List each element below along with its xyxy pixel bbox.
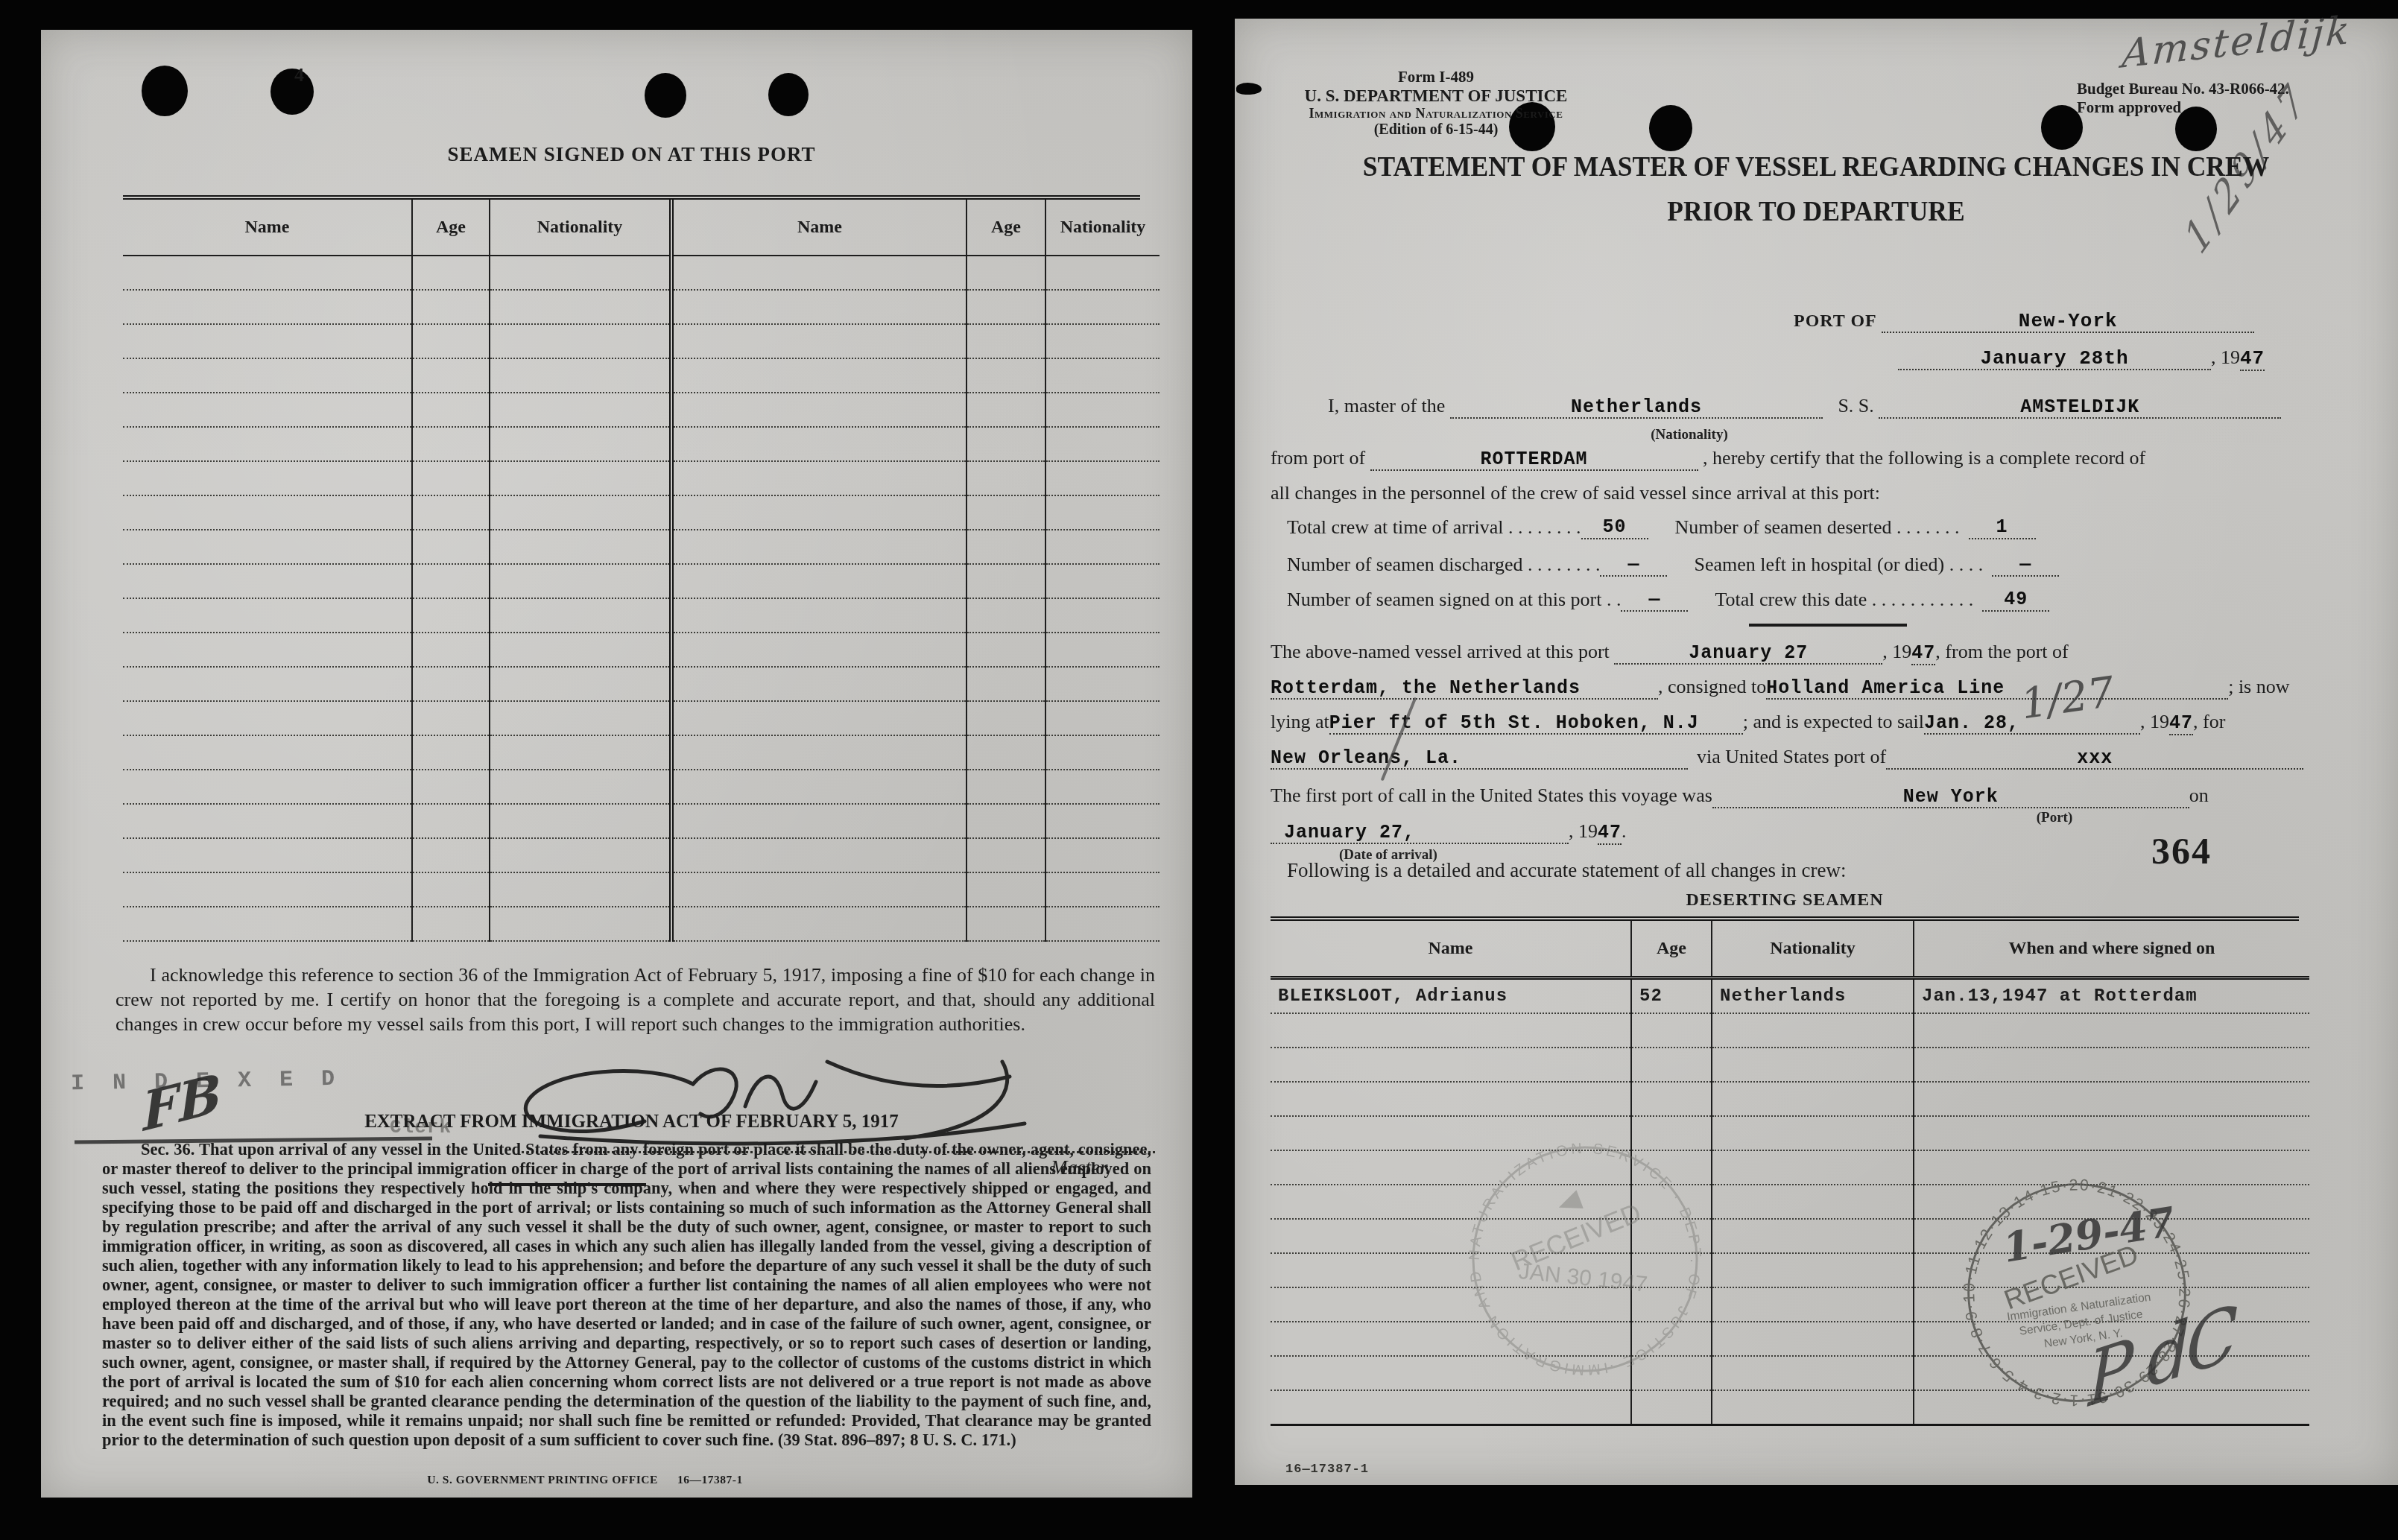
punch-hole xyxy=(1649,105,1692,151)
table-cell xyxy=(967,701,1045,735)
counts-row-1: Total crew at time of arrival . . . . . … xyxy=(1287,516,2338,539)
table-cell xyxy=(1045,564,1160,598)
first-port-field: New York xyxy=(1712,785,2189,808)
table-cell xyxy=(967,804,1045,838)
ship-name-value: AMSTELDIJK xyxy=(2020,396,2139,418)
form-footer-number: 16—17387-1 xyxy=(1285,1463,1369,1477)
count-value: 50 xyxy=(1581,516,1648,539)
table-cell xyxy=(1712,1082,1914,1116)
table-cell xyxy=(123,907,412,941)
table-row xyxy=(1271,1048,2309,1082)
table-cell xyxy=(1045,735,1160,770)
table-cell xyxy=(1045,598,1160,633)
table-cell xyxy=(1914,1013,2309,1048)
extract-body: Sec. 36. That upon arrival of any vessel… xyxy=(102,1140,1151,1450)
arrival-line-2: Rotterdam, the Netherlands, consigned to… xyxy=(1271,676,2290,700)
column-header: Nationality xyxy=(490,200,671,256)
table-row xyxy=(123,393,1160,427)
from-port-line: from port of ROTTERDAM , hereby certify … xyxy=(1271,447,2145,471)
table-cell xyxy=(412,701,490,735)
table-cell xyxy=(412,530,490,564)
table-row xyxy=(123,770,1160,804)
table-cell xyxy=(123,838,412,872)
table-cell xyxy=(412,770,490,804)
table-cell xyxy=(1045,770,1160,804)
consigned-value: Holland America Line xyxy=(1766,677,2005,699)
table-cell xyxy=(123,735,412,770)
table-cell xyxy=(412,838,490,872)
from-port-value2: Rotterdam, the Netherlands xyxy=(1271,677,1581,699)
printed-text: ; and is expected to sail xyxy=(1743,711,1924,732)
table-cell xyxy=(490,598,671,633)
table-cell xyxy=(967,358,1045,393)
table-cell xyxy=(412,461,490,495)
year-typed: 47 xyxy=(2169,712,2193,735)
table-cell xyxy=(412,324,490,358)
count-label: Number of seamen discharged . . . . . . … xyxy=(1287,554,1600,577)
table-cell xyxy=(412,804,490,838)
table-cell xyxy=(490,427,671,461)
table-cell xyxy=(490,735,671,770)
count-value: — xyxy=(1621,589,1688,612)
table-cell xyxy=(123,324,412,358)
master-intro: I, master of the xyxy=(1328,395,1445,416)
sheet-number: 364 xyxy=(2151,829,2212,872)
table-row xyxy=(1271,1082,2309,1116)
printed-text: , for xyxy=(2193,711,2225,732)
count-value: 49 xyxy=(1982,589,2049,612)
table-cell xyxy=(671,667,967,701)
consigned-field: Holland America Line xyxy=(1766,676,2228,700)
from-port-label: from port of xyxy=(1271,447,1365,469)
nationality-value: Netherlands xyxy=(1571,396,1702,418)
table-cell xyxy=(123,633,412,667)
printed-text: The first port of call in the United Sta… xyxy=(1271,785,1712,806)
table-cell xyxy=(671,701,967,735)
table-row xyxy=(123,256,1160,290)
table-cell xyxy=(671,393,967,427)
printed-19: , 19 xyxy=(2140,711,2169,732)
table-cell xyxy=(1712,1116,1914,1150)
punch-hole xyxy=(768,73,809,116)
table-cell xyxy=(123,872,412,907)
punch-hole xyxy=(142,66,188,116)
table-cell xyxy=(671,804,967,838)
port-of-field: New-York xyxy=(1882,310,2254,333)
arrival-line-5: The first port of call in the United Sta… xyxy=(1271,785,2209,808)
table-cell xyxy=(490,530,671,564)
table-cell xyxy=(412,290,490,324)
table-row xyxy=(123,324,1160,358)
column-header: Name xyxy=(671,200,967,256)
table-cell xyxy=(123,495,412,530)
table-cell xyxy=(1271,1013,1631,1048)
table-cell xyxy=(412,735,490,770)
printed-text: , consigned to xyxy=(1658,676,1766,697)
table-cell xyxy=(1712,1219,1914,1253)
table-cell xyxy=(671,770,967,804)
table-cell xyxy=(1271,1390,1631,1425)
gpo-number: 16—17387-1 xyxy=(677,1474,743,1486)
table-cell xyxy=(1271,1082,1631,1116)
count-label: Total crew this date . . . . . . . . . .… xyxy=(1715,589,1973,612)
via-port-value: xxx xyxy=(2077,747,2113,769)
master-line: I, master of the Netherlands S. S. AMSTE… xyxy=(1328,395,2281,419)
table-row xyxy=(123,804,1160,838)
date-field: January 28th xyxy=(1898,347,2211,370)
table-cell xyxy=(1045,290,1160,324)
column-header: Age xyxy=(412,200,490,256)
from-port-value: ROTTERDAM xyxy=(1481,449,1588,470)
sail-date-value: Jan. 28, xyxy=(1924,712,2019,734)
date-value: January 28th xyxy=(1980,347,2128,370)
table-cell xyxy=(123,564,412,598)
table-cell xyxy=(967,907,1045,941)
nationality-caption: (Nationality) xyxy=(1503,427,1876,443)
table-cell xyxy=(671,564,967,598)
column-header: Age xyxy=(1631,921,1712,978)
table-cell xyxy=(412,393,490,427)
table-row xyxy=(123,564,1160,598)
table-cell xyxy=(123,393,412,427)
budget-block: Budget Bureau No. 43-R066-42. Form appro… xyxy=(2077,80,2360,117)
punch-hole xyxy=(271,69,314,115)
table-cell xyxy=(490,564,671,598)
table-cell xyxy=(490,804,671,838)
table-cell xyxy=(967,427,1045,461)
table-cell xyxy=(1631,1390,1712,1425)
table-cell xyxy=(1045,530,1160,564)
table-row xyxy=(1271,1116,2309,1150)
table-cell xyxy=(490,633,671,667)
table-cell xyxy=(1045,495,1160,530)
table-row xyxy=(123,598,1160,633)
stamp-ring-text: IMMIGRATION AND NATURALIZATION SERVICE ·… xyxy=(1444,1118,1726,1399)
certify-text: , hereby certify that the following is a… xyxy=(1703,447,2145,469)
table-cell xyxy=(1914,1116,2309,1150)
printed-text: . xyxy=(1622,820,1627,842)
table-cell xyxy=(1712,1253,1914,1287)
table-cell xyxy=(1045,804,1160,838)
printed-text: lying at xyxy=(1271,711,1329,732)
table-cell xyxy=(671,495,967,530)
table-row xyxy=(123,667,1160,701)
printed-19: , 19 xyxy=(1569,820,1598,842)
page-title: SEAMEN SIGNED ON AT THIS PORT xyxy=(123,143,1140,166)
section-divider-rule xyxy=(1749,624,1907,627)
table-cell xyxy=(1271,1048,1631,1082)
via-port-field: xxx xyxy=(1886,747,2303,770)
table-cell xyxy=(1045,872,1160,907)
table-cell xyxy=(1045,256,1160,290)
table-cell xyxy=(123,804,412,838)
table-cell xyxy=(123,358,412,393)
printed-text: , from the port of xyxy=(1935,641,2068,662)
table-cell xyxy=(967,598,1045,633)
table-row xyxy=(123,358,1160,393)
table-cell: 52 xyxy=(1631,978,1712,1014)
table-cell xyxy=(671,427,967,461)
count-label: Number of seamen deserted . . . . . . . xyxy=(1675,516,1960,539)
destination-field: New Orleans, La. xyxy=(1271,747,1688,770)
service-name: Immigration and Naturalization Service xyxy=(1279,106,1592,121)
table-cell xyxy=(490,701,671,735)
table-row xyxy=(1271,1013,2309,1048)
right-page: Form I-489 U. S. DEPARTMENT OF JUSTICE I… xyxy=(1235,19,2398,1485)
counts-row-2: Number of seamen discharged . . . . . . … xyxy=(1287,554,2338,577)
budget-bureau-number: Budget Bureau No. 43-R066-42. xyxy=(2077,80,2360,98)
printed-text: ; is now xyxy=(2228,676,2289,697)
table-cell xyxy=(412,427,490,461)
table-cell xyxy=(1712,1048,1914,1082)
table-cell xyxy=(1914,1082,2309,1116)
table-cell xyxy=(490,256,671,290)
port-caption: (Port) xyxy=(1816,810,2293,826)
table-cell xyxy=(671,530,967,564)
table-cell xyxy=(671,324,967,358)
table-cell xyxy=(967,393,1045,427)
from-port-field2: Rotterdam, the Netherlands xyxy=(1271,676,1658,700)
table-cell xyxy=(412,872,490,907)
table-cell xyxy=(490,872,671,907)
table-cell xyxy=(1914,1048,2309,1082)
table-cell xyxy=(671,872,967,907)
table-row xyxy=(123,461,1160,495)
ink-smudge xyxy=(1236,83,1262,95)
following-statement: Following is a detailed and accurate sta… xyxy=(1287,859,1846,882)
table-cell xyxy=(967,530,1045,564)
table-cell xyxy=(967,667,1045,701)
column-header: Age xyxy=(967,200,1045,256)
table-cell xyxy=(1045,427,1160,461)
table-cell xyxy=(967,872,1045,907)
arrival-line-4: New Orleans, La.via United States port o… xyxy=(1271,746,2303,770)
table-cell xyxy=(123,667,412,701)
table-cell xyxy=(490,324,671,358)
table-cell xyxy=(671,633,967,667)
port-of-line: PORT OF New-York xyxy=(1794,309,2254,333)
table-cell xyxy=(671,358,967,393)
table-cell xyxy=(123,701,412,735)
table-cell xyxy=(967,838,1045,872)
table-row xyxy=(123,633,1160,667)
table-cell xyxy=(967,461,1045,495)
page-number: 4 xyxy=(294,64,304,86)
form-title-line1: STATEMENT OF MASTER OF VESSEL REGARDING … xyxy=(1287,151,2346,183)
table-cell xyxy=(123,530,412,564)
table-cell xyxy=(967,495,1045,530)
table-cell xyxy=(412,598,490,633)
port-of-label: PORT OF xyxy=(1794,311,1877,331)
table-cell xyxy=(1712,1287,1914,1322)
count-label: Number of seamen signed on at this port … xyxy=(1287,589,1621,612)
svg-text:IMMIGRATION AND NATURALIZATION: IMMIGRATION AND NATURALIZATION SERVICE ·… xyxy=(1444,1118,1726,1399)
table-cell: Netherlands xyxy=(1712,978,1914,1014)
printed-text: on xyxy=(2189,785,2209,806)
nationality-field: Netherlands xyxy=(1450,396,1823,419)
deserting-seamen-title: DESERTING SEAMEN xyxy=(1271,890,2299,910)
form-approved-label: Form approved xyxy=(2077,98,2360,117)
table-row xyxy=(123,701,1160,735)
table-cell xyxy=(967,735,1045,770)
header-date-line: January 28th , 1947 xyxy=(1898,346,2265,370)
sail-date-field: Jan. 28,1/27 xyxy=(1924,712,2140,735)
table-cell xyxy=(412,633,490,667)
printed-19: , 19 xyxy=(1882,641,1911,662)
table-cell xyxy=(1045,907,1160,941)
arrival-date-field: January 27 xyxy=(1614,641,1882,665)
table-row xyxy=(123,530,1160,564)
table-cell xyxy=(967,633,1045,667)
printed-text: The above-named vessel arrived at this p… xyxy=(1271,641,1610,662)
table-row xyxy=(123,290,1160,324)
table-cell xyxy=(490,770,671,804)
table-cell xyxy=(671,461,967,495)
counts-row-3: Number of seamen signed on at this port … xyxy=(1287,589,2338,612)
table-cell xyxy=(412,358,490,393)
count-value: — xyxy=(1600,554,1667,577)
table-cell xyxy=(1712,1185,1914,1219)
table-cell xyxy=(671,598,967,633)
table-cell xyxy=(1045,461,1160,495)
table-cell xyxy=(1712,1150,1914,1185)
table-cell xyxy=(490,907,671,941)
column-header: Name xyxy=(123,200,412,256)
master-signature xyxy=(488,1043,1054,1155)
table-cell xyxy=(123,598,412,633)
ship-name-field: AMSTELDIJK xyxy=(1879,396,2281,419)
left-page: 4 SEAMEN SIGNED ON AT THIS PORT NameAgeN… xyxy=(41,30,1192,1498)
port-of-value: New-York xyxy=(2019,310,2118,332)
gpo-footer: U. S. GOVERNMENT PRINTING OFFICE 16—1738… xyxy=(123,1474,1047,1487)
table-cell xyxy=(1712,1356,1914,1390)
table-cell xyxy=(671,290,967,324)
column-header: When and where signed on xyxy=(1914,921,2309,978)
changes-text: all changes in the personnel of the crew… xyxy=(1271,482,1880,504)
scanned-document: { "left": { "page_number": "4", "title":… xyxy=(0,0,2398,1540)
table-cell xyxy=(1045,633,1160,667)
arrival-date-value2: January 27, xyxy=(1271,822,1415,843)
table-cell xyxy=(1631,1048,1712,1082)
table-cell xyxy=(1712,1390,1914,1425)
sail-date-handwritten: 1/27 xyxy=(2019,671,2118,728)
table-cell xyxy=(1631,1013,1712,1048)
first-port-value: New York xyxy=(1903,786,1999,808)
table-cell xyxy=(412,564,490,598)
table-cell xyxy=(490,393,671,427)
table-cell xyxy=(490,290,671,324)
stamp-date-text: JAN 30 1947 xyxy=(1517,1259,1648,1297)
punch-hole xyxy=(645,73,686,118)
table-cell xyxy=(123,461,412,495)
column-header: Nationality xyxy=(1045,200,1160,256)
table-cell xyxy=(671,256,967,290)
year-typed: 47 xyxy=(1598,822,1622,845)
table-row xyxy=(123,735,1160,770)
table-row xyxy=(123,427,1160,461)
table-cell: BLEIKSLOOT, Adrianus xyxy=(1271,978,1631,1014)
extract-title: EXTRACT FROM IMMIGRATION ACT OF FEBRUARY… xyxy=(123,1112,1140,1132)
table-cell xyxy=(123,770,412,804)
date-year-typed: 47 xyxy=(2240,347,2265,371)
lying-at-field: Pier ft of 5th St. Hoboken, N.J xyxy=(1329,712,1743,735)
arrival-line-3: lying atPier ft of 5th St. Hoboken, N.J;… xyxy=(1271,711,2225,735)
count-label: Total crew at time of arrival . . . . . … xyxy=(1287,516,1581,539)
table-cell xyxy=(490,495,671,530)
table-cell xyxy=(123,290,412,324)
table-cell xyxy=(123,256,412,290)
table-cell xyxy=(671,907,967,941)
count-label: Seamen left in hospital (or died) . . . … xyxy=(1694,554,1983,577)
table-cell xyxy=(967,290,1045,324)
acknowledgment-text: I acknowledge this reference to section … xyxy=(116,963,1155,1036)
printed-text: via United States port of xyxy=(1697,746,1886,767)
arrival-date-field2: January 27, xyxy=(1271,821,1569,844)
table-row xyxy=(123,495,1160,530)
seamen-signed-on-table: NameAgeNationalityNameAgeNationality xyxy=(123,195,1140,942)
department-name: U. S. DEPARTMENT OF JUSTICE xyxy=(1279,86,1592,106)
count-value: 1 xyxy=(1969,516,2036,539)
table-cell xyxy=(490,358,671,393)
table-cell xyxy=(1045,838,1160,872)
table-cell xyxy=(1045,667,1160,701)
table-cell xyxy=(490,461,671,495)
table-cell xyxy=(412,907,490,941)
table-cell xyxy=(671,838,967,872)
table-cell xyxy=(412,495,490,530)
table-cell xyxy=(967,324,1045,358)
table-cell xyxy=(412,667,490,701)
table-cell xyxy=(123,427,412,461)
table-cell xyxy=(1045,358,1160,393)
table-cell xyxy=(412,256,490,290)
year-typed: 47 xyxy=(1911,642,1935,665)
table-row xyxy=(123,872,1160,907)
table-cell xyxy=(1045,393,1160,427)
table-cell xyxy=(967,770,1045,804)
column-header: Nationality xyxy=(1712,921,1914,978)
arrival-line-1: The above-named vessel arrived at this p… xyxy=(1271,641,2069,665)
table-cell xyxy=(1045,701,1160,735)
table-cell xyxy=(490,838,671,872)
edition-note: (Edition of 6-15-44) xyxy=(1279,121,1592,139)
form-title-line2: PRIOR TO DEPARTURE xyxy=(1287,196,2346,228)
from-port-field: ROTTERDAM xyxy=(1370,448,1698,471)
form-number: Form I-489 xyxy=(1279,68,1592,86)
form-id-block: Form I-489 U. S. DEPARTMENT OF JUSTICE I… xyxy=(1279,68,1592,139)
table-row: BLEIKSLOOT, Adrianus52NetherlandsJan.13,… xyxy=(1271,978,2309,1014)
column-header: Name xyxy=(1271,921,1631,978)
table-cell: Jan.13,1947 at Rotterdam xyxy=(1914,978,2309,1014)
table-cell xyxy=(967,564,1045,598)
arrival-date-value: January 27 xyxy=(1689,642,1808,664)
table-cell xyxy=(490,667,671,701)
printed-19: , 19 xyxy=(2211,346,2240,368)
table-cell xyxy=(967,256,1045,290)
table-cell xyxy=(1712,1322,1914,1356)
table-row xyxy=(123,907,1160,941)
table-cell xyxy=(1712,1013,1914,1048)
destination-value: New Orleans, La. xyxy=(1271,747,1461,769)
received-stamp-faint: IMMIGRATION AND NATURALIZATION SERVICE ·… xyxy=(1434,1109,1735,1409)
table-cell xyxy=(1045,324,1160,358)
lying-at-value: Pier ft of 5th St. Hoboken, N.J xyxy=(1329,712,1699,734)
table-row xyxy=(123,838,1160,872)
arrival-line-6: January 27,, 1947. xyxy=(1271,820,1627,844)
count-value: — xyxy=(1992,554,2059,577)
gpo-office: U. S. GOVERNMENT PRINTING OFFICE xyxy=(427,1474,657,1486)
ss-label: S. S. xyxy=(1838,395,1873,416)
